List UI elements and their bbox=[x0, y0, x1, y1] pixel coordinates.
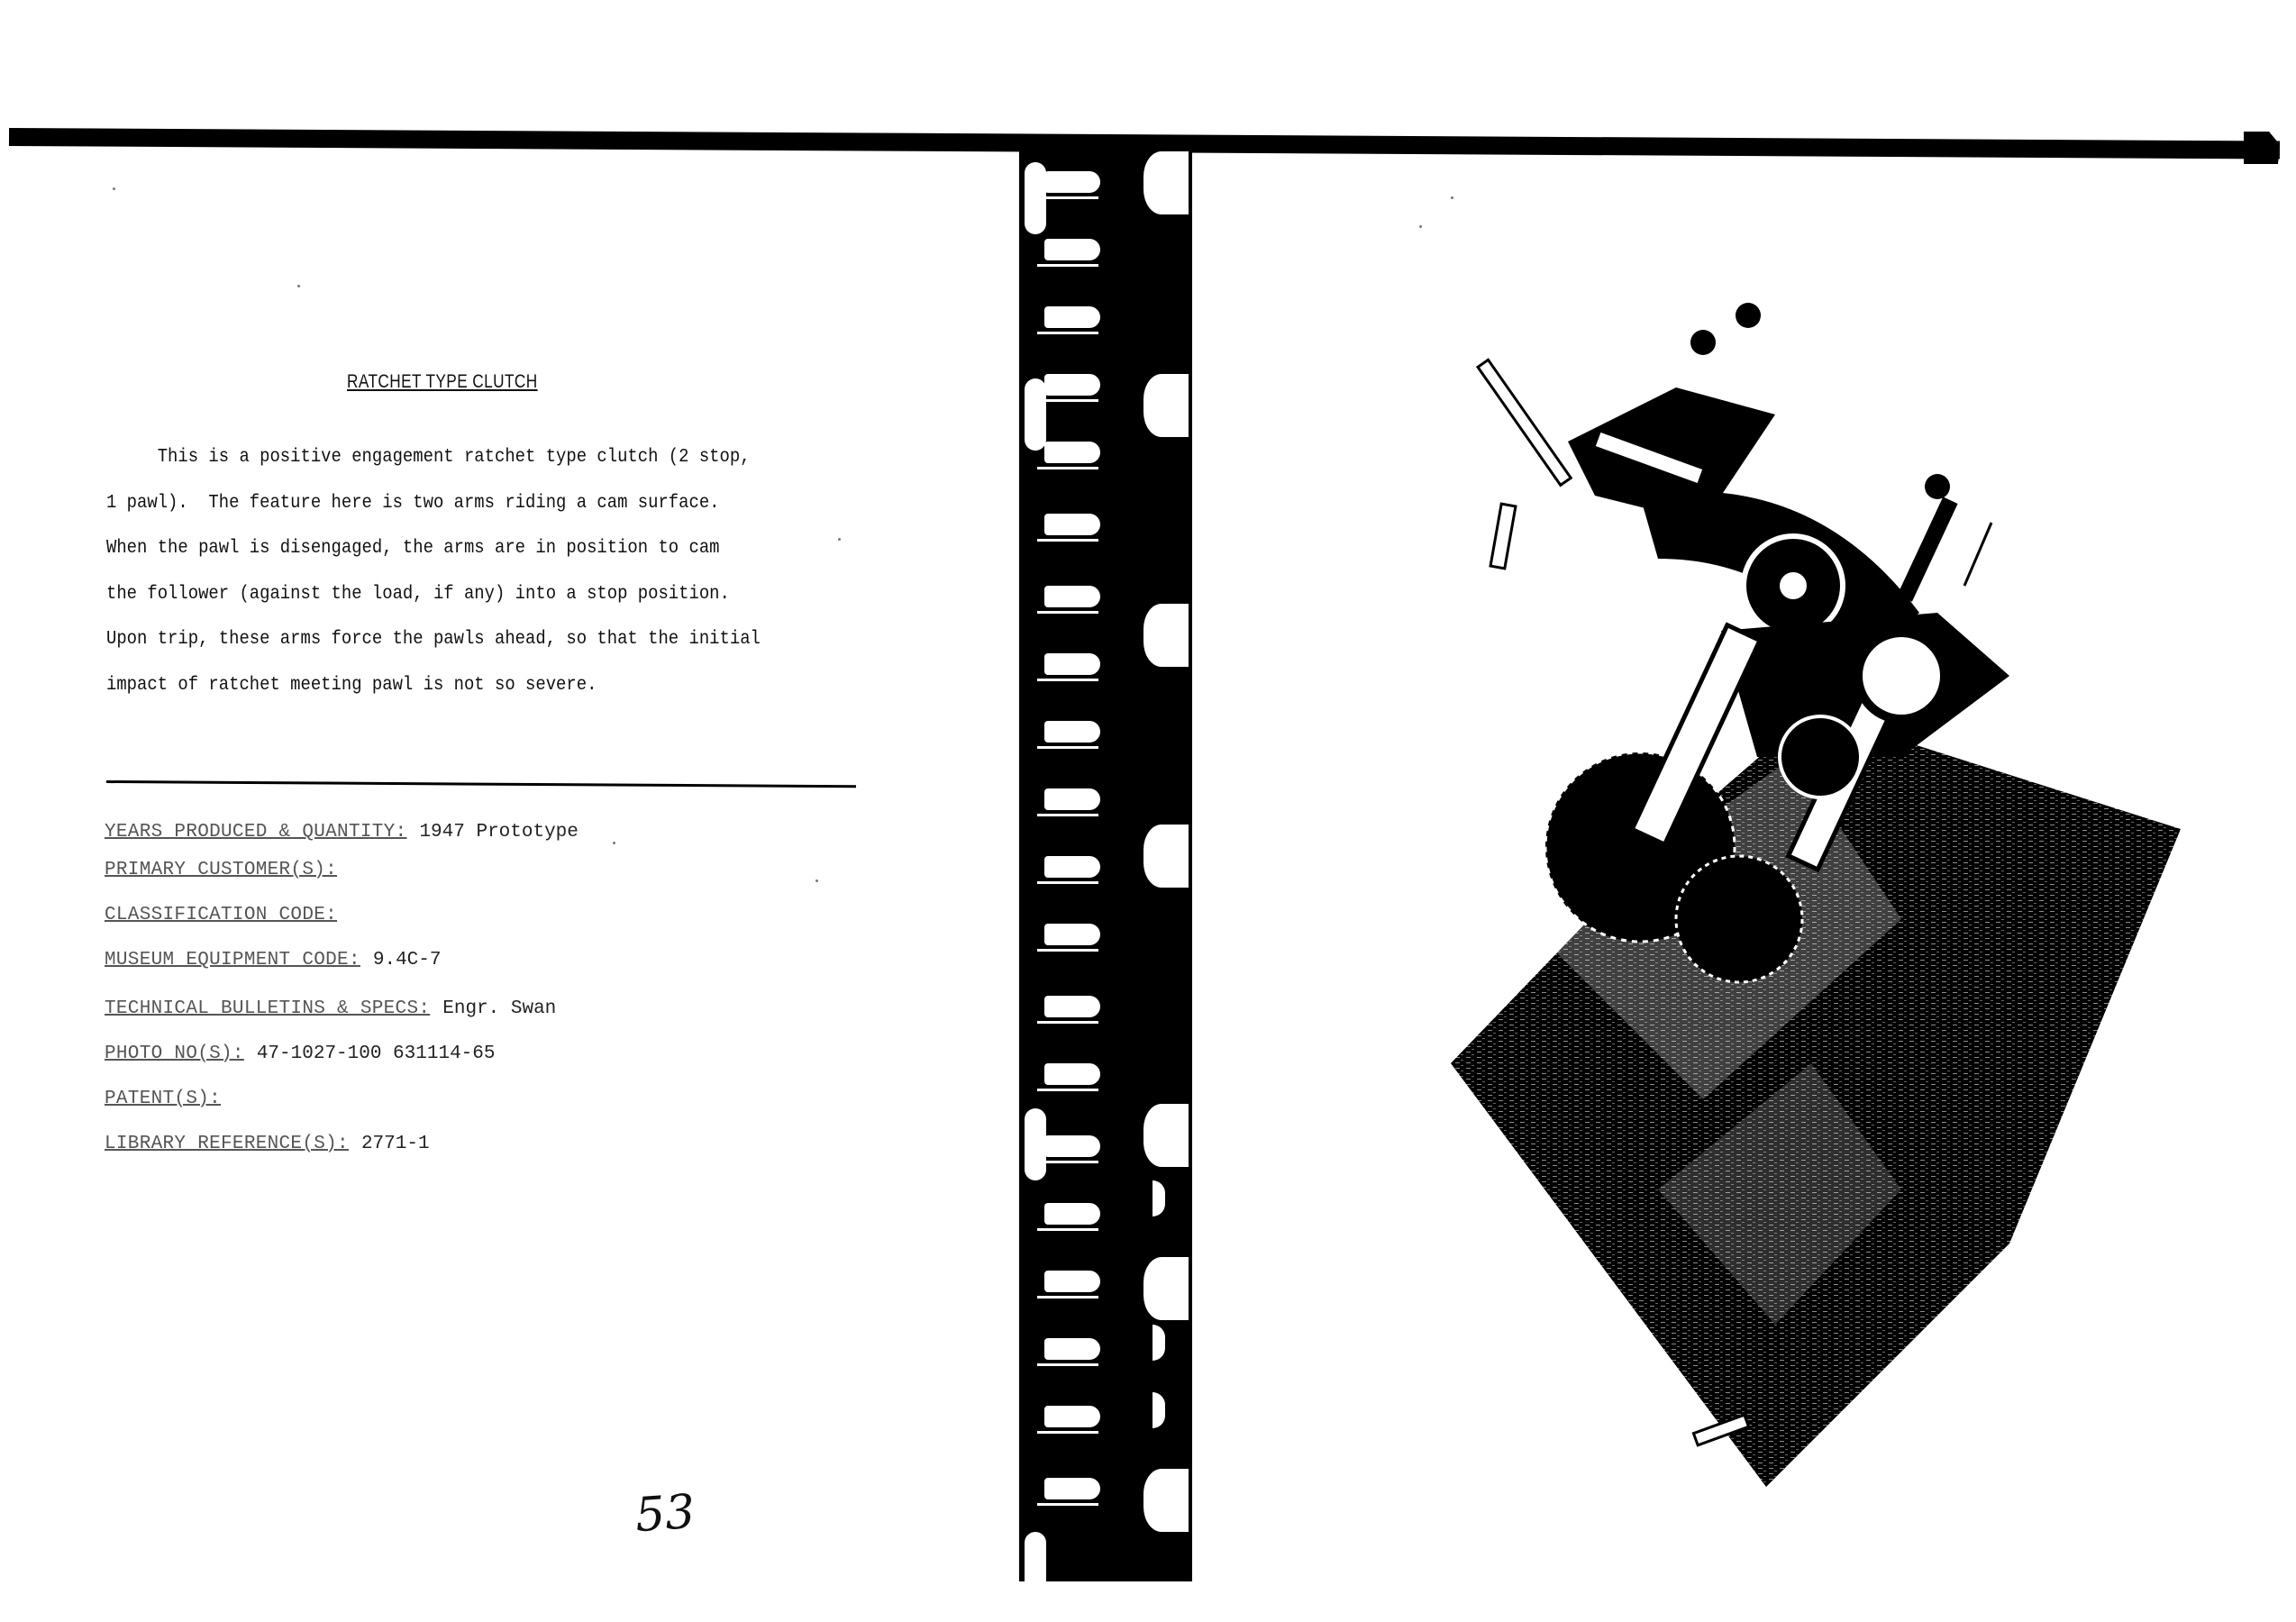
field-value: 9.4C-7 bbox=[373, 950, 442, 970]
binding-loop bbox=[1143, 151, 1189, 214]
field-years-produced: YEARS PRODUCED & QUANTITY:1947 Prototype bbox=[105, 822, 579, 843]
binding-ring bbox=[1044, 1063, 1100, 1085]
spiral-binding bbox=[1019, 135, 1192, 1581]
binding-ring bbox=[1044, 924, 1100, 945]
scan-speck bbox=[838, 538, 841, 541]
binding-cap bbox=[1153, 1180, 1165, 1216]
scan-speck bbox=[1419, 225, 1422, 228]
gear-icon bbox=[1676, 856, 1802, 982]
binding-ring bbox=[1044, 1478, 1100, 1499]
top-binding-edge-end bbox=[2244, 132, 2280, 164]
binding-ring bbox=[1044, 653, 1100, 675]
binding-ring bbox=[1044, 996, 1100, 1017]
binding-loop bbox=[1025, 1108, 1046, 1180]
scan-speck bbox=[1451, 196, 1453, 199]
binding-loop bbox=[1143, 1469, 1189, 1532]
description-line: When the pawl is disengaged, the arms ar… bbox=[106, 526, 836, 572]
binding-ring bbox=[1044, 1203, 1100, 1225]
binding-ring bbox=[1044, 1406, 1100, 1427]
description-line: This is a positive engagement ratchet ty… bbox=[106, 435, 836, 481]
binding-loop bbox=[1025, 378, 1046, 451]
field-label: MUSEUM EQUIPMENT CODE: bbox=[105, 950, 360, 970]
binding-cap bbox=[1153, 1392, 1165, 1428]
binding-ring bbox=[1044, 239, 1100, 260]
binding-loop bbox=[1143, 1257, 1189, 1320]
scan-speck bbox=[815, 879, 818, 882]
description-line: 1 pawl). The feature here is two arms ri… bbox=[106, 481, 836, 527]
binding-ring bbox=[1044, 1135, 1100, 1157]
description-text: This is a positive engagement ratchet ty… bbox=[106, 435, 917, 709]
binding-loop bbox=[1143, 1104, 1189, 1167]
section-divider bbox=[106, 780, 856, 788]
binding-ring bbox=[1044, 514, 1100, 535]
scan-speck bbox=[297, 285, 300, 287]
field-value: 2771-1 bbox=[361, 1134, 430, 1154]
document-title: RATCHET TYPE CLUTCH bbox=[347, 371, 538, 393]
field-value: 47-1027-100 631114-65 bbox=[257, 1043, 496, 1064]
scan-speck bbox=[613, 842, 615, 844]
handwritten-page-number: 53 bbox=[633, 1485, 697, 1543]
binding-ring bbox=[1044, 788, 1100, 810]
field-label: CLASSIFICATION CODE: bbox=[105, 905, 337, 925]
binding-ring bbox=[1044, 442, 1100, 463]
field-label: YEARS PRODUCED & QUANTITY: bbox=[105, 822, 406, 843]
description-line: the follower (against the load, if any) … bbox=[106, 572, 836, 618]
field-label: PHOTO NO(S): bbox=[105, 1043, 244, 1064]
field-photo-numbers: PHOTO NO(S):47-1027-100 631114-65 bbox=[105, 1043, 495, 1064]
field-value: 1947 Prototype bbox=[419, 822, 578, 843]
field-library-reference: LIBRARY REFERENCE(S):2771-1 bbox=[105, 1134, 430, 1154]
field-museum-equipment-code: MUSEUM EQUIPMENT CODE:9.4C-7 bbox=[105, 950, 441, 970]
binding-loop bbox=[1143, 374, 1189, 437]
description-line: Upon trip, these arms force the pawls ah… bbox=[106, 617, 836, 663]
binding-ring bbox=[1044, 306, 1100, 328]
binding-ring bbox=[1044, 374, 1100, 396]
binding-ring bbox=[1044, 1271, 1100, 1292]
binding-ring bbox=[1044, 721, 1100, 743]
binding-loop bbox=[1143, 825, 1189, 888]
binding-ring bbox=[1044, 856, 1100, 878]
binding-loop bbox=[1143, 604, 1189, 667]
field-technical-bulletins: TECHNICAL BULLETINS & SPECS:Engr. Swan bbox=[105, 998, 556, 1019]
field-primary-customer: PRIMARY CUSTOMER(S): bbox=[105, 860, 350, 880]
binding-ring bbox=[1044, 1338, 1100, 1360]
binding-loop bbox=[1025, 1532, 1046, 1604]
field-value: Engr. Swan bbox=[442, 998, 556, 1019]
field-patents: PATENT(S): bbox=[105, 1089, 233, 1109]
binding-ring bbox=[1044, 171, 1100, 193]
field-label: TECHNICAL BULLETINS & SPECS: bbox=[105, 998, 430, 1019]
binding-cap bbox=[1153, 1325, 1165, 1361]
field-label: PATENT(S): bbox=[105, 1089, 221, 1109]
scan-speck bbox=[113, 187, 115, 190]
binding-ring bbox=[1044, 586, 1100, 607]
field-label: LIBRARY REFERENCE(S): bbox=[105, 1134, 349, 1154]
mechanism-photo bbox=[1433, 288, 2199, 1532]
field-classification-code: CLASSIFICATION CODE: bbox=[105, 905, 350, 925]
field-label: PRIMARY CUSTOMER(S): bbox=[105, 860, 337, 880]
description-line: impact of ratchet meeting pawl is not so… bbox=[106, 663, 836, 709]
